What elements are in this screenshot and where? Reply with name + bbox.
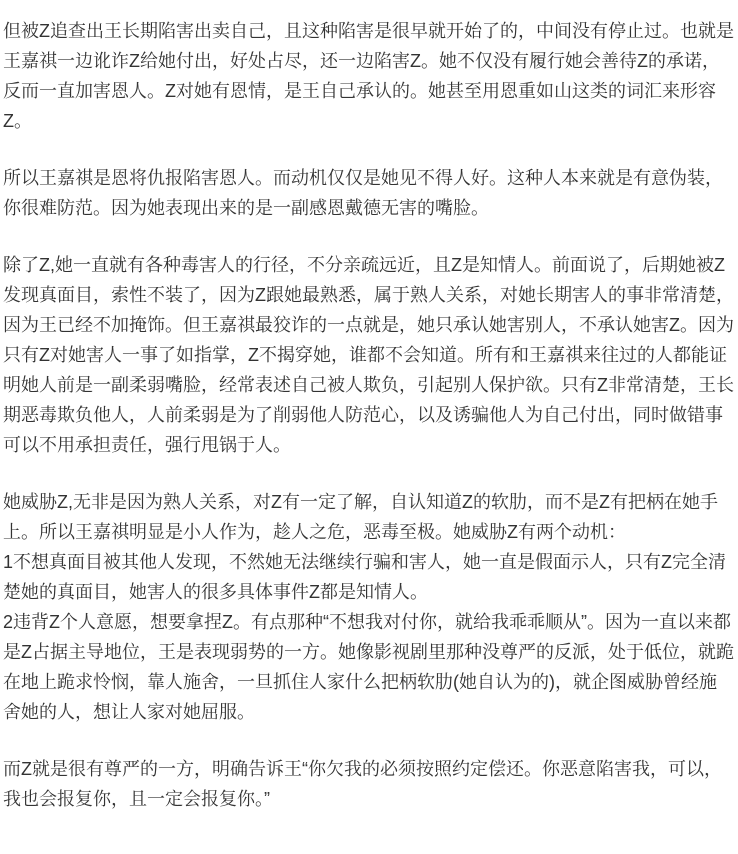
paragraph-2-text: 所以王嘉祺是恩将仇报陷害恩人。而动机仅仅是她见不得人好。这种人本来就是有意伪装，… <box>3 163 734 223</box>
paragraph-3: 除了Z,她一直就有各种毒害人的行径，不分亲疏远近，且Z是知情人。前面说了，后期她… <box>3 250 734 460</box>
paragraph-2: 所以王嘉祺是恩将仇报陷害恩人。而动机仅仅是她见不得人好。这种人本来就是有意伪装，… <box>3 163 734 223</box>
paragraph-5: 而Z就是很有尊严的一方，明确告诉王“你欠我的必须按照约定偿还。你恶意陷害我，可以… <box>3 754 734 814</box>
paragraph-4: 她威胁Z,无非是因为熟人关系，对Z有一定了解，自认知道Z的软肋，而不是Z有把柄在… <box>3 487 734 727</box>
paragraph-4-motive-2-text: 2违背Z个人意愿，想要拿捏Z。有点那种“不想我对付你，就给我乖乖顺从”。因为一直… <box>3 607 734 727</box>
paragraph-1-text: 但被Z追查出王长期陷害出卖自己，且这种陷害是很早就开始了的，中间没有停止过。也就… <box>3 16 734 136</box>
paragraph-4-motive-1-text: 1不想真面目被其他人发现，不然她无法继续行骗和害人，她一直是假面示人，只有Z完全… <box>3 547 734 607</box>
paragraph-4-intro-text: 她威胁Z,无非是因为熟人关系，对Z有一定了解，自认知道Z的软肋，而不是Z有把柄在… <box>3 487 734 547</box>
paragraph-1: 但被Z追查出王长期陷害出卖自己，且这种陷害是很早就开始了的，中间没有停止过。也就… <box>3 16 734 136</box>
paragraph-3-text: 除了Z,她一直就有各种毒害人的行径，不分亲疏远近，且Z是知情人。前面说了，后期她… <box>3 250 734 460</box>
article-body: 但被Z追查出王长期陷害出卖自己，且这种陷害是很早就开始了的，中间没有停止过。也就… <box>0 0 738 814</box>
paragraph-5-text: 而Z就是很有尊严的一方，明确告诉王“你欠我的必须按照约定偿还。你恶意陷害我，可以… <box>3 754 734 814</box>
